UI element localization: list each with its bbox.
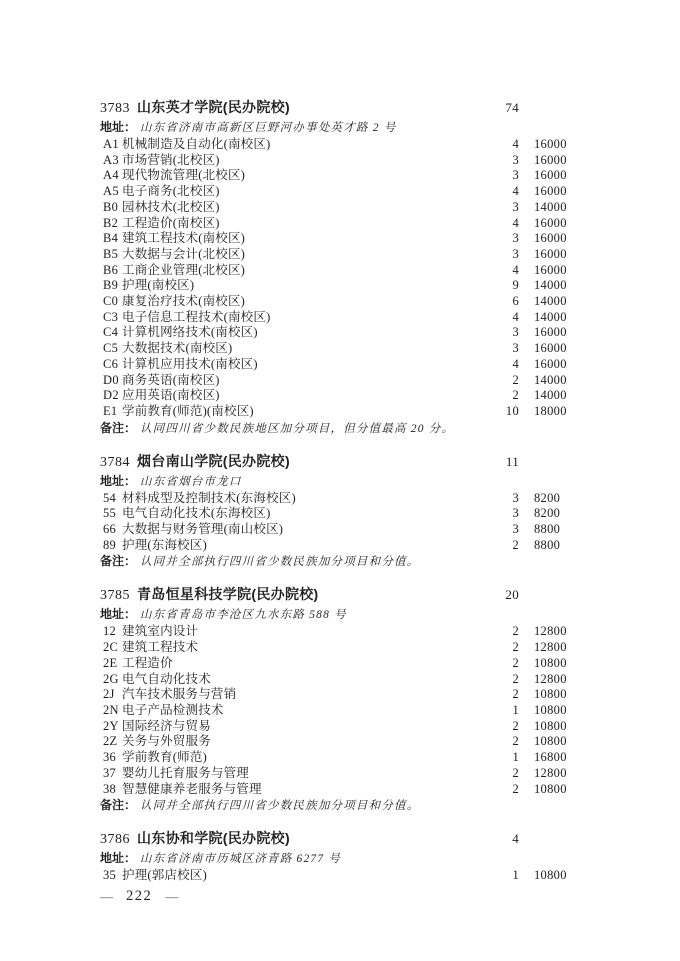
program-fee: 10800	[534, 656, 580, 672]
program-code: B6	[103, 263, 122, 279]
program-fee: 8200	[534, 491, 580, 507]
program-quota: 2	[470, 640, 519, 656]
program-fee: 8200	[534, 506, 580, 522]
program-fee: 14000	[534, 373, 580, 389]
program-code: 2Y	[103, 719, 122, 735]
program-code: A4	[103, 168, 122, 184]
program-name: 建筑工程技术(南校区)	[122, 231, 245, 245]
program-fee: 10800	[534, 719, 580, 735]
program-quota: 2	[470, 672, 519, 688]
program-row: B2工程造价(南校区)416000	[0, 216, 680, 232]
program-quota: 3	[470, 325, 519, 341]
program-code: B2	[103, 216, 122, 232]
admissions-list: 3783山东英才学院(民办院校)74地址：山东省济南市高新区巨野河办事处英才路 …	[0, 99, 680, 900]
address-label: 地址：	[100, 474, 136, 488]
program-quota: 1	[470, 703, 519, 719]
address-text: 山东省济南市高新区巨野河办事处英才路 2 号	[140, 122, 396, 134]
program-name: 机械制造及自动化(南校区)	[122, 137, 270, 151]
college-section: 3783山东英才学院(民办院校)74地址：山东省济南市高新区巨野河办事处英才路 …	[0, 99, 680, 437]
program-row: C0康复治疗技术(南校区)614000	[0, 294, 680, 310]
program-code: 54	[103, 491, 122, 507]
address-line: 地址：山东省烟台市龙口	[0, 473, 680, 491]
program-quota: 2	[470, 373, 519, 389]
program-row: 2G电气自动化技术212800	[0, 672, 680, 688]
program-row: C6计算机应用技术(南校区)416000	[0, 357, 680, 373]
program-name: 学前教育(师范)	[122, 750, 207, 764]
program-code: 2Z	[103, 734, 122, 750]
address-label: 地址：	[100, 607, 136, 621]
note-line: 备注：认同并全部执行四川省少数民族加分项目和分值。	[0, 553, 680, 570]
program-name: 建筑室内设计	[122, 624, 198, 638]
program-quota: 6	[470, 294, 519, 310]
program-code: C4	[103, 325, 122, 341]
program-code: A5	[103, 184, 122, 200]
program-row: C4计算机网络技术(南校区)316000	[0, 325, 680, 341]
address-text: 山东省济南市历城区济青路 6277 号	[140, 853, 341, 865]
program-code: C6	[103, 357, 122, 373]
note-label: 备注：	[100, 554, 136, 568]
program-fee: 16000	[534, 168, 580, 184]
program-name: 工程造价	[122, 656, 173, 670]
program-quota: 2	[470, 538, 519, 554]
program-code: 12	[103, 624, 122, 640]
program-row: 36学前教育(师范)116800	[0, 750, 680, 766]
program-code: 89	[103, 538, 122, 554]
college-header: 3784烟台南山学院(民办院校)11	[0, 453, 680, 471]
note-text: 认同并全部执行四川省少数民族加分项目和分值。	[140, 800, 419, 812]
program-name: 康复治疗技术(南校区)	[122, 294, 245, 308]
college-name: 山东英才学院(民办院校)	[137, 99, 290, 115]
program-quota: 3	[470, 506, 519, 522]
program-name: 建筑工程技术	[122, 640, 198, 654]
program-fee: 12800	[534, 672, 580, 688]
program-row: D0商务英语(南校区)214000	[0, 373, 680, 389]
program-code: 2E	[103, 656, 122, 672]
program-fee: 10800	[534, 687, 580, 703]
program-row: 2Y国际经济与贸易210800	[0, 719, 680, 735]
college-code: 3785	[100, 588, 130, 603]
college-name: 山东协和学院(民办院校)	[137, 830, 290, 846]
program-code: 37	[103, 766, 122, 782]
program-row: 38智慧健康养老服务与管理210800	[0, 782, 680, 798]
note-label: 备注：	[100, 798, 136, 812]
program-quota: 2	[470, 624, 519, 640]
address-text: 山东省烟台市龙口	[140, 476, 242, 488]
program-fee: 16000	[534, 247, 580, 263]
program-fee: 10800	[534, 734, 580, 750]
program-name: 护理(南校区)	[122, 278, 194, 292]
address-label: 地址：	[100, 120, 136, 134]
program-name: 汽车技术服务与营销	[122, 687, 236, 701]
program-fee: 10800	[534, 782, 580, 798]
program-row: A3市场营销(北校区)316000	[0, 153, 680, 169]
program-row: A4现代物流管理(北校区)316000	[0, 168, 680, 184]
program-name: 电气自动化技术	[122, 672, 211, 686]
program-quota: 2	[470, 719, 519, 735]
program-quota: 3	[470, 168, 519, 184]
college-total: 20	[470, 586, 519, 603]
program-quota: 3	[470, 200, 519, 216]
program-fee: 14000	[534, 388, 580, 404]
college-section: 3785青岛恒星科技学院(民办院校)20地址：山东省青岛市李沧区九水东路 588…	[0, 586, 680, 814]
program-code: B4	[103, 231, 122, 247]
program-quota: 4	[470, 263, 519, 279]
program-fee: 16000	[534, 216, 580, 232]
college-header: 3783山东英才学院(民办院校)74	[0, 99, 680, 117]
college-header: 3785青岛恒星科技学院(民办院校)20	[0, 586, 680, 604]
program-code: 38	[103, 782, 122, 798]
program-fee: 8800	[534, 538, 580, 554]
program-row: B9护理(南校区)914000	[0, 278, 680, 294]
program-name: 应用英语(南校区)	[122, 388, 220, 402]
program-fee: 14000	[534, 200, 580, 216]
program-code: 36	[103, 750, 122, 766]
program-quota: 2	[470, 766, 519, 782]
program-quota: 3	[470, 153, 519, 169]
program-code: A1	[103, 137, 122, 153]
program-code: 66	[103, 522, 122, 538]
program-name: 电子产品检测技术	[122, 703, 224, 717]
program-name: 学前教育(师范)(南校区)	[122, 404, 254, 418]
document-page: 3783山东英才学院(民办院校)74地址：山东省济南市高新区巨野河办事处英才路 …	[0, 0, 680, 961]
program-name: 婴幼儿托育服务与管理	[122, 766, 249, 780]
program-quota: 1	[470, 750, 519, 766]
program-name: 工程造价(南校区)	[122, 216, 220, 230]
program-row: A5电子商务(北校区)416000	[0, 184, 680, 200]
program-quota: 4	[470, 310, 519, 326]
program-row: B0园林技术(北校区)314000	[0, 200, 680, 216]
program-quota: 4	[470, 137, 519, 153]
program-row: 35护理(郭店校区)110800	[0, 868, 680, 884]
program-quota: 2	[470, 782, 519, 798]
note-text: 认同四川省少数民族地区加分项目，但分值最高 20 分。	[140, 423, 454, 435]
program-name: 计算机网络技术(南校区)	[122, 325, 258, 339]
program-row: C5大数据技术(南校区)316000	[0, 341, 680, 357]
program-code: D2	[103, 388, 122, 404]
program-fee: 16000	[534, 357, 580, 373]
program-code: 2J	[103, 687, 122, 703]
address-text: 山东省青岛市李沧区九水东路 588 号	[140, 609, 347, 621]
program-quota: 10	[470, 404, 519, 420]
college-code: 3786	[100, 832, 130, 847]
program-fee: 16000	[534, 137, 580, 153]
program-name: 电子商务(北校区)	[122, 184, 220, 198]
program-fee: 12800	[534, 624, 580, 640]
program-fee: 14000	[534, 278, 580, 294]
program-fee: 8800	[534, 522, 580, 538]
college-total: 74	[470, 99, 519, 116]
program-quota: 9	[470, 278, 519, 294]
college-name: 烟台南山学院(民办院校)	[137, 453, 290, 469]
program-code: E1	[103, 404, 122, 420]
program-row: C3电子信息工程技术(南校区)414000	[0, 310, 680, 326]
program-quota: 3	[470, 231, 519, 247]
program-name: 电子信息工程技术(南校区)	[122, 310, 270, 324]
page-footer: — 222 —	[100, 888, 178, 905]
program-row: 2J汽车技术服务与营销210800	[0, 687, 680, 703]
program-fee: 16000	[534, 263, 580, 279]
program-fee: 14000	[534, 310, 580, 326]
program-quota: 2	[470, 734, 519, 750]
program-name: 园林技术(北校区)	[122, 200, 220, 214]
program-fee: 14000	[534, 294, 580, 310]
program-quota: 3	[470, 341, 519, 357]
program-quota: 4	[470, 184, 519, 200]
program-fee: 16000	[534, 325, 580, 341]
program-row: 54材料成型及控制技术(东海校区)38200	[0, 491, 680, 507]
program-row: 2N电子产品检测技术110800	[0, 703, 680, 719]
program-quota: 4	[470, 216, 519, 232]
college-section: 3784烟台南山学院(民办院校)11地址：山东省烟台市龙口54材料成型及控制技术…	[0, 453, 680, 571]
footer-dash-left: —	[100, 889, 113, 905]
page-number: 222	[126, 888, 152, 905]
program-fee: 12800	[534, 640, 580, 656]
program-row: D2应用英语(南校区)214000	[0, 388, 680, 404]
college-header: 3786山东协和学院(民办院校)4	[0, 830, 680, 848]
program-fee: 12800	[534, 766, 580, 782]
program-name: 材料成型及控制技术(东海校区)	[122, 491, 296, 505]
program-name: 工商企业管理(北校区)	[122, 263, 245, 277]
college-code: 3784	[100, 455, 130, 470]
program-name: 国际经济与贸易	[122, 719, 211, 733]
program-code: B9	[103, 278, 122, 294]
program-name: 护理(郭店校区)	[122, 868, 207, 882]
program-quota: 3	[470, 522, 519, 538]
program-name: 计算机应用技术(南校区)	[122, 357, 258, 371]
program-quota: 2	[470, 388, 519, 404]
program-code: C3	[103, 310, 122, 326]
college-section: 3786山东协和学院(民办院校)4地址：山东省济南市历城区济青路 6277 号3…	[0, 830, 680, 884]
program-row: 12建筑室内设计212800	[0, 624, 680, 640]
program-code: C0	[103, 294, 122, 310]
program-code: A3	[103, 153, 122, 169]
program-row: A1机械制造及自动化(南校区)416000	[0, 137, 680, 153]
program-quota: 3	[470, 247, 519, 263]
college-name: 青岛恒星科技学院(民办院校)	[137, 586, 319, 602]
program-name: 护理(东海校区)	[122, 538, 207, 552]
program-name: 现代物流管理(北校区)	[122, 168, 245, 182]
program-fee: 16000	[534, 231, 580, 247]
program-name: 大数据与财务管理(南山校区)	[122, 522, 283, 536]
program-row: 2Z关务与外贸服务210800	[0, 734, 680, 750]
program-quota: 3	[470, 491, 519, 507]
address-line: 地址：山东省济南市高新区巨野河办事处英才路 2 号	[0, 119, 680, 137]
program-code: C5	[103, 341, 122, 357]
program-quota: 2	[470, 687, 519, 703]
note-line: 备注：认同并全部执行四川省少数民族加分项目和分值。	[0, 797, 680, 814]
program-name: 关务与外贸服务	[122, 734, 211, 748]
program-code: B0	[103, 200, 122, 216]
program-fee: 16000	[534, 184, 580, 200]
program-code: 2N	[103, 703, 122, 719]
program-row: 66大数据与财务管理(南山校区)38800	[0, 522, 680, 538]
program-fee: 10800	[534, 868, 580, 884]
program-fee: 18000	[534, 404, 580, 420]
program-fee: 16000	[534, 153, 580, 169]
address-line: 地址：山东省济南市历城区济青路 6277 号	[0, 850, 680, 868]
program-quota: 1	[470, 868, 519, 884]
program-fee: 16000	[534, 341, 580, 357]
footer-dash-right: —	[165, 889, 178, 905]
program-row: B5大数据与会计(北校区)316000	[0, 247, 680, 263]
program-code: 2G	[103, 672, 122, 688]
program-row: B4建筑工程技术(南校区)316000	[0, 231, 680, 247]
college-total: 4	[470, 830, 519, 847]
address-label: 地址：	[100, 851, 136, 865]
program-row: E1学前教育(师范)(南校区)1018000	[0, 404, 680, 420]
program-code: 55	[103, 506, 122, 522]
program-fee: 16800	[534, 750, 580, 766]
program-row: 2E工程造价210800	[0, 656, 680, 672]
program-row: 2C建筑工程技术212800	[0, 640, 680, 656]
program-quota: 2	[470, 656, 519, 672]
program-name: 电气自动化技术(东海校区)	[122, 506, 270, 520]
program-row: 37婴幼儿托育服务与管理212800	[0, 766, 680, 782]
program-code: B5	[103, 247, 122, 263]
college-code: 3783	[100, 101, 130, 116]
program-row: 89护理(东海校区)28800	[0, 538, 680, 554]
address-line: 地址：山东省青岛市李沧区九水东路 588 号	[0, 606, 680, 624]
note-text: 认同并全部执行四川省少数民族加分项目和分值。	[140, 556, 419, 568]
program-name: 商务英语(南校区)	[122, 373, 220, 387]
program-row: B6工商企业管理(北校区)416000	[0, 263, 680, 279]
program-name: 大数据技术(南校区)	[122, 341, 232, 355]
program-fee: 10800	[534, 703, 580, 719]
program-code: D0	[103, 373, 122, 389]
note-line: 备注：认同四川省少数民族地区加分项目，但分值最高 20 分。	[0, 420, 680, 437]
note-label: 备注：	[100, 421, 136, 435]
program-name: 智慧健康养老服务与管理	[122, 782, 262, 796]
program-code: 35	[103, 868, 122, 884]
program-name: 大数据与会计(北校区)	[122, 247, 245, 261]
program-name: 市场营销(北校区)	[122, 153, 220, 167]
program-quota: 4	[470, 357, 519, 373]
college-total: 11	[470, 453, 519, 470]
program-row: 55电气自动化技术(东海校区)38200	[0, 506, 680, 522]
program-code: 2C	[103, 640, 122, 656]
